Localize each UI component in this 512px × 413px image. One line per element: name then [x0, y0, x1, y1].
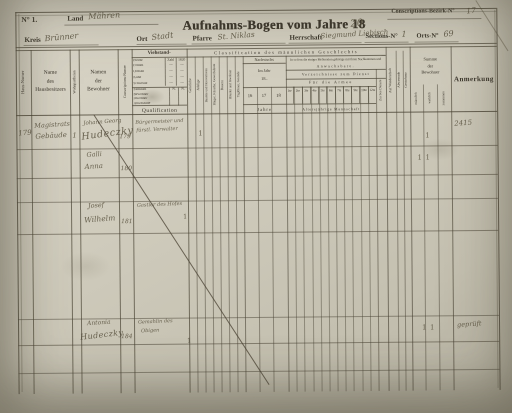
entry4-qualification-line2: Obigen [141, 328, 160, 335]
entry4-resident-number: 184 [121, 333, 133, 340]
viehstand-table: PferdeZahl1820 Fohlen—— Ochsen—— Kühe—— … [132, 57, 187, 86]
rule-line [192, 42, 286, 44]
sheet-number: N° 1. [21, 15, 37, 24]
rule-line [310, 87, 314, 392]
entry2-resident-line2: Anna [84, 162, 103, 171]
column-hausbesitzer: Name des Hausbesitzers [31, 52, 71, 113]
nachwuchs-year-17: 17 [257, 87, 271, 104]
land-label: Land [67, 14, 83, 22]
entry1-party-number: 1 [72, 132, 77, 140]
armee-age-row: 1te 2te 3te 4te 5te 6te 7te 8te 9te 10te… [286, 86, 376, 104]
entry4-resident-line2: Hudeczky [80, 328, 124, 342]
scanned-census-form: N° 1. Land Mähren Conscriptions-Bezirk-N… [0, 0, 512, 413]
rule-line [351, 86, 355, 391]
entry4-resident-line1: Antonia [87, 319, 111, 327]
nachwuchs-year-18: 18 [271, 87, 286, 104]
kreis-value: Brünner [44, 31, 78, 43]
nachwuchs-year-16: 16 [243, 87, 257, 104]
entry4-mark2: 1 [429, 323, 435, 332]
entry4-remark: geprüft [457, 319, 482, 328]
kreis-label: Kreis [25, 36, 41, 44]
rule-line [365, 41, 409, 42]
form-sheet: N° 1. Land Mähren Conscriptions-Bezirk-N… [0, 0, 512, 413]
entry1-remark: 2415 [454, 119, 472, 128]
entry2-mark1: 1 [417, 153, 423, 162]
entry1-resident-number: 179 [119, 133, 131, 140]
rule-line [319, 86, 323, 391]
entry1-owner-line2: Gebäude [35, 131, 67, 141]
summe-title: Summe der Bewohner [410, 48, 451, 84]
orts-no-value: 69 [443, 29, 454, 39]
orts-no-label: Orts-N° [416, 32, 438, 39]
pfarre-label: Pfarre [192, 34, 211, 42]
rule-line [415, 41, 459, 42]
pfarre-value: St. Niklas [217, 30, 255, 42]
rule-line [137, 43, 187, 44]
entry4-qualification-line1: Gemahlin des [138, 318, 173, 326]
entry3-resident-number: 181 [121, 218, 133, 225]
rule-line [360, 86, 364, 391]
column-conscriptions-numer: Conscriptions-Numer [118, 51, 133, 112]
land-underline [64, 23, 158, 25]
rule-line [257, 87, 261, 392]
rule-line [437, 84, 441, 390]
summe-col-maennlich: männlich [410, 86, 423, 111]
summe-col-weiblich: weiblich [423, 85, 437, 110]
rule-line [368, 86, 372, 391]
anmerkung-header: Anmerkung [451, 46, 498, 111]
rule-line [24, 44, 99, 45]
rule-line [294, 87, 298, 392]
entry1-qualification-line1: Bürgermeister und [135, 118, 184, 126]
entry1-house-number: 179 [18, 129, 32, 138]
entry2-mark2: 1 [425, 153, 431, 162]
rule-line [271, 87, 275, 392]
entry3-resident-line2: Wilhelm [84, 213, 116, 224]
rule-line [423, 85, 427, 391]
entry1-owner-line1: Magistrats [34, 120, 70, 130]
rule-line [302, 87, 306, 392]
herrschaft-label: Herrschaft [289, 33, 322, 41]
rule-line [327, 86, 331, 391]
paper-stain [60, 251, 110, 281]
column-bewohner: Namen der Bewohner [79, 51, 119, 112]
rule-line [289, 42, 362, 43]
familien-table: FamilienN.N. Bewohner Inwohner Abwesende [132, 86, 187, 106]
entry1-qualification-line2: fürstl. Verwalter [136, 126, 178, 134]
title-year-handwritten: 20. [350, 17, 367, 29]
nachwuchs-im-jahr: Im Jahr 18.. [243, 63, 286, 88]
summe-col-zusammen: zusammen [437, 85, 451, 110]
conscription-underline [387, 18, 481, 20]
ort-label: Ort [136, 35, 147, 43]
entry3-qualification: Gastler des Hofes [137, 201, 182, 209]
col-auf-wanderschaft: Auf Wanderschaft [386, 51, 397, 110]
entry2-resident-line1: Galli [86, 150, 102, 159]
ort-value: Stadt [151, 31, 174, 42]
rule-line [343, 86, 347, 391]
sections-label: Sections-N° [365, 33, 397, 40]
zur-see-col: Zur See Dienste [376, 70, 386, 111]
entry1-summe-mark: 1 [425, 131, 431, 140]
rule-line [335, 86, 339, 391]
entry1-resident-line1: Johann Georg [83, 118, 122, 127]
sections-value: 1 [401, 30, 406, 39]
